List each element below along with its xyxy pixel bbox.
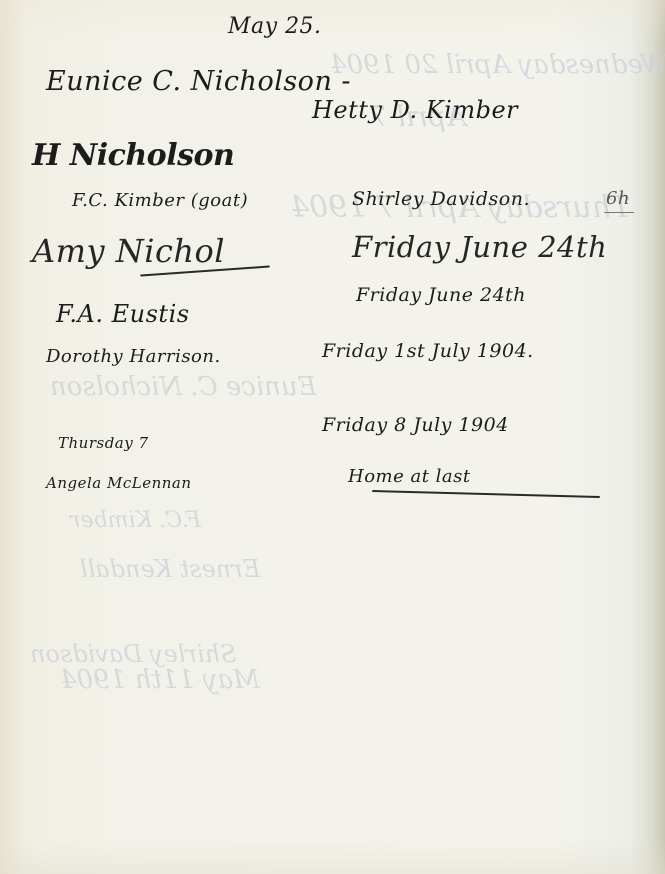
bleedthrough-line: May 11th 1904 [60, 665, 260, 695]
bleedthrough-line: F.C. Kimber [70, 508, 201, 533]
bleedthrough-line: Eunice C. Nicholson [50, 372, 317, 402]
bleedthrough-line: Wednesday April 20 1904 [330, 50, 665, 80]
note: Home at last [348, 466, 471, 487]
underline-stroke [604, 212, 634, 213]
signature: Eunice C. Nicholson - [46, 66, 351, 97]
signature: F.A. Eustis [56, 300, 190, 328]
date-entry: Friday June 24th [352, 230, 607, 264]
date-entry: Friday 8 July 1904 [322, 414, 509, 436]
signature: Dorothy Harrison. [46, 346, 221, 367]
signature: Shirley Davidson. [352, 188, 530, 210]
signature: Angela McLennan [46, 474, 192, 492]
signature: Amy Nichol [32, 232, 225, 270]
signature: F.C. Kimber (goat) [72, 190, 248, 211]
guest-book-page: Wednesday April 20 1904 April 7 Thursday… [0, 0, 665, 874]
signature: H Nicholson [32, 138, 234, 173]
date-heading: May 25. [228, 14, 322, 39]
date-entry: Thursday 7 [58, 434, 149, 452]
date-entry: Friday 1st July 1904. [322, 340, 534, 362]
signature: Hetty D. Kimber [312, 96, 518, 124]
bleedthrough-line: Ernest Kendall [80, 555, 260, 583]
bleedthrough-line: Shirley Davidson [30, 640, 236, 668]
date-entry: Friday June 24th [356, 284, 526, 306]
note-6h: 6h [606, 188, 630, 209]
underline-stroke [372, 490, 600, 497]
